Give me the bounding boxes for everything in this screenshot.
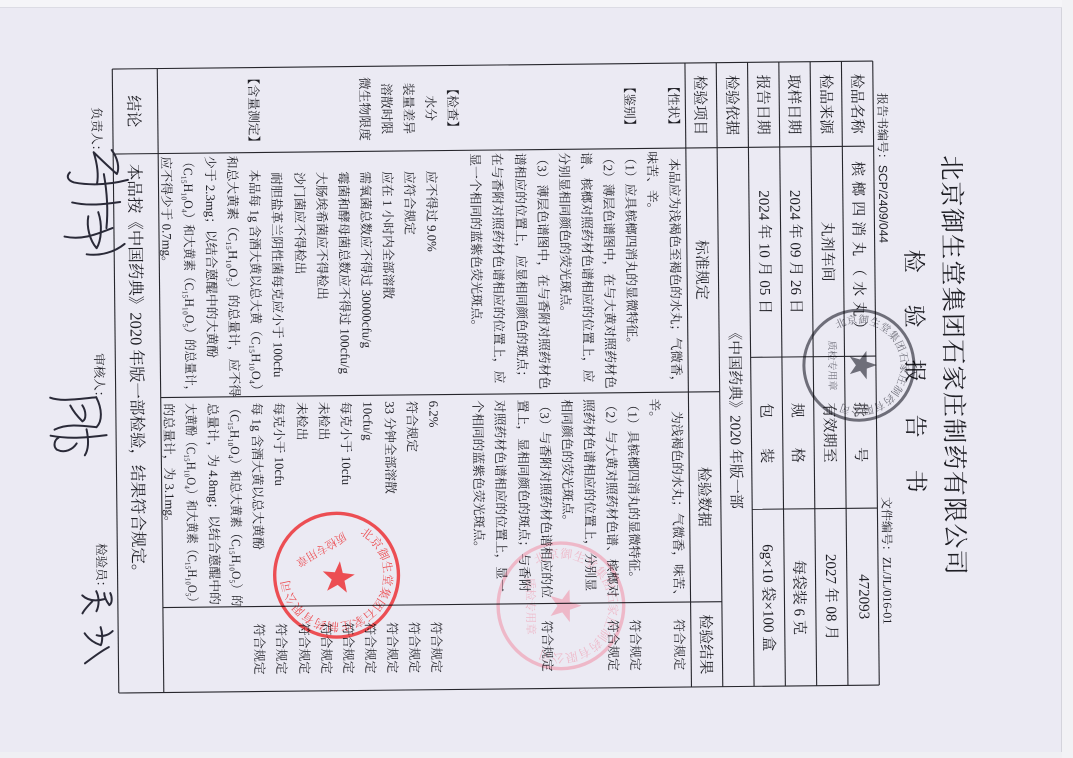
- responsible-signature: [59, 144, 135, 270]
- body-line: 大黄酚（C₁₅H₁₀O₄）和大黄素（C₁₅H₁₀O₅）: [179, 403, 203, 607]
- line-text: 未检出: [312, 402, 334, 441]
- result-line: 符合规定: [424, 605, 447, 690]
- line-text: 分别显相同颜色的荧光斑点。: [552, 152, 576, 319]
- line-text: 相同颜色的荧光斑点。: [555, 399, 578, 527]
- result-line: 符合规定: [248, 606, 271, 691]
- line-text: 显一个相同的蓝紫色荧光斑点。: [464, 153, 488, 332]
- body-line: 微生物限度: [352, 66, 375, 151]
- line-text: 霉菌和酵母菌总数应不得过 100cfu/g: [331, 172, 355, 374]
- body-line: 耐胆盐革兰阴性菌每克应小于 100cfu: [265, 155, 290, 396]
- body-line: 【鉴别】: [618, 64, 641, 149]
- body-line: 总量计，为 4.8mg；以结合蒽醌中的: [201, 403, 225, 607]
- body-line: （C₁₅H₁₀O₄）和大黄素（C₁₅H₁₀O₅）的总量计，: [177, 156, 202, 397]
- line-text: 装量差异: [397, 83, 420, 134]
- body-line: 少于 2.3mg；以结合蒽醌中的大黄酚: [199, 156, 224, 397]
- inspector-signature: [80, 587, 119, 667]
- result-line: 符合规定: [402, 605, 425, 690]
- body-line: 应符合规定: [398, 154, 423, 395]
- body-line: 和总大黄素（C₁₅H₁₀O₅）的总量计，应不得: [221, 156, 246, 397]
- line-text: 需氧菌总数应不得过 30000cfu/g: [354, 171, 378, 348]
- body-line: 应不得过 9.0%: [420, 154, 445, 395]
- body-line: （2）薄层色谱图中，在与大黄对照药材色: [596, 152, 621, 393]
- body-line: 谱相应的位置上，应显相同颜色的斑点；: [508, 153, 533, 394]
- line-text: （C₁₅H₁₀O₄）和总大黄素（C₁₅H₁₀O₅）的: [223, 403, 247, 607]
- body-line: 装量差异: [397, 66, 420, 151]
- line-text: 耐胆盐革兰阴性菌每克应小于 100cfu: [265, 172, 289, 377]
- conclusion-label: 结论: [112, 69, 158, 154]
- report-page: 北京御生堂集团石家庄制药有限公司 检验报告书 报告书编号：SCP/2409/04…: [0, 0, 1062, 758]
- line-text: 每克小于 10cfu: [268, 402, 291, 486]
- source-label: 检品来源: [810, 61, 842, 146]
- body-line: 【含量测定】: [242, 67, 265, 152]
- body-line: 谱、槟榔对照药材色谱相应的位置上，应: [574, 152, 599, 393]
- body-line: 本品每 1g 含酒大黄以总大黄（C₁₅H₁₀O₄）: [243, 155, 268, 396]
- line-text: 6.2%: [422, 401, 444, 428]
- body-line: 应在 1 小时内全部溶散: [375, 154, 400, 395]
- line-text: （1）应具槟榔四消丸的显微特征。: [619, 152, 643, 351]
- body-line: （1）应具槟榔四消丸的显微特征。: [619, 152, 644, 393]
- body-line: 显一个相同的蓝紫色荧光斑点。: [464, 153, 489, 394]
- quality-inspection-seal-gray: 北京御生堂集团石家庄制药有限公司 质检专用章: [798, 305, 919, 426]
- seal-inner-text: 质检专用章: [524, 577, 539, 634]
- line-text: 每 1g 含酒大黄以总大黄酚: [245, 402, 269, 549]
- report-date-value: 2024 年 10 月 05 日: [748, 147, 781, 357]
- expiry-value: 2027 年 08 月: [815, 508, 848, 685]
- line-text: 【检查】: [441, 82, 464, 133]
- body-line: 溶散时限: [375, 66, 398, 151]
- line-text: （3）薄层色谱图中，在与香附对照药材色: [530, 152, 555, 389]
- report-content: 北京御生堂集团石家庄制药有限公司 检验报告书 报告书编号：SCP/2409/04…: [0, 0, 1065, 758]
- line-text: 符合规定: [400, 401, 423, 452]
- line-text: （2）薄层色谱图中，在与大黄对照药材色: [596, 152, 621, 389]
- line-text: 【含量测定】: [242, 72, 265, 149]
- test-items-column: 【性状】【鉴别】【检查】水分装量差异溶散时限微生物限度【含量测定】: [157, 63, 686, 154]
- line-text: 味苦、辛。: [641, 151, 664, 215]
- scan-edge-top: [0, 0, 1062, 8]
- body-line: （C₁₅H₁₀O₄）和总大黄素（C₁₅H₁₀O₅）的: [223, 403, 247, 607]
- line-text: 为浅褐色的水丸；气微香，味苦、: [665, 411, 689, 602]
- result-text: 符合规定: [248, 623, 271, 674]
- line-text: 水分: [419, 95, 441, 121]
- standard-column: 本品应为浅褐色至褐色的水丸；气微香，味苦、辛。（1）应具槟榔四消丸的显微特征。（…: [158, 148, 688, 398]
- scan-edge-bottom: [0, 752, 1062, 758]
- star-icon: [850, 351, 877, 380]
- sampling-date-label: 取样日期: [779, 62, 811, 147]
- line-text: 辛。: [643, 398, 665, 424]
- product-name-label: 检品名称: [841, 61, 873, 146]
- line-text: 应在 1 小时内全部溶散: [376, 171, 399, 299]
- result-text: 符合规定: [425, 621, 448, 672]
- packaging-label: 包 装: [751, 357, 784, 509]
- specification-value: 每袋装 6 克: [784, 509, 817, 686]
- line-text: 大黄酚（C₁₅H₁₀O₄）和大黄素（C₁₅H₁₀O₅）: [179, 403, 203, 608]
- line-text: 每克小于 10cfu: [334, 401, 357, 485]
- result-text: 符合规定: [380, 622, 403, 673]
- basis-label: 检验依据: [716, 62, 748, 147]
- body-line: （3）薄层色谱图中，在与香附对照药材色: [530, 152, 555, 393]
- result-text: 符合规定: [402, 622, 425, 673]
- line-text: （C₁₅H₁₀O₄）和大黄素（C₁₅H₁₀O₅）的总量计，: [177, 156, 202, 397]
- column-header-result: 检验结果: [691, 602, 723, 687]
- line-text: 沙门菌应不得检出: [287, 172, 310, 275]
- body-line: 分别显相同颜色的荧光斑点。: [552, 152, 577, 393]
- star-icon: [551, 589, 582, 622]
- line-text: 33 分钟全部溶散: [378, 401, 401, 494]
- result-text: 符合规定: [270, 623, 293, 674]
- line-text: 应符合规定: [398, 171, 421, 235]
- star-icon: [318, 558, 361, 601]
- inspector-label: 检验员：: [93, 543, 110, 593]
- packaging-value: 6g×10 袋×100 盒: [752, 509, 785, 686]
- line-text: 【性状】: [662, 80, 685, 131]
- line-text: 10cfu/g: [356, 401, 379, 440]
- report-date-label: 报告日期: [748, 62, 780, 147]
- body-line: 【性状】: [662, 63, 685, 148]
- line-text: 谱相应的位置上，应显相同颜色的斑点；: [508, 153, 533, 384]
- body-line: 需氧菌总数应不得过 30000cfu/g: [353, 154, 378, 395]
- line-text: 未检出: [290, 402, 312, 441]
- batch-number-value: 472093: [846, 508, 879, 685]
- body-line: 霉菌和酵母菌总数应不得过 100cfu/g: [331, 155, 356, 396]
- body-line: 大肠埃希菌应不得检出: [309, 155, 334, 396]
- body-line: 味苦、辛。: [641, 151, 666, 392]
- line-text: 溶散时限: [375, 83, 398, 134]
- body-line: 本品应为浅褐色至褐色的水丸；气微香，: [663, 151, 688, 392]
- result-text: 符合规定: [668, 619, 691, 670]
- seal-inner-text: 质检专用章: [826, 340, 840, 390]
- column-header-standard: 标准规定: [686, 148, 720, 392]
- body-line: 在与香附对照药材色谱相应的位置上，应: [486, 153, 511, 394]
- reviewer-signature: [46, 389, 117, 460]
- seal-inner-text: 质检专用章: [294, 529, 350, 570]
- quality-inspection-seal-faded: 北京御生堂集团石家庄制药有限公司 质检专用章: [492, 536, 630, 674]
- column-header-data: 检验数据: [688, 392, 721, 602]
- body-line: 为浅褐色的水丸；气微香，味苦、: [665, 398, 689, 602]
- line-text: 本品每 1g 含酒大黄以总大黄（C₁₅H₁₀O₄）: [243, 169, 267, 396]
- body-line: 6.2%: [422, 401, 446, 605]
- body-line: 辛。: [643, 398, 667, 602]
- body-line: 水分: [419, 66, 442, 151]
- line-text: 本品应为浅褐色至褐色的水丸；气微香，: [663, 158, 688, 389]
- line-text: 【鉴别】: [618, 80, 641, 131]
- result-line: 符合规定: [667, 602, 690, 687]
- basis-value: 《中国药典》2020 年版一部: [717, 147, 754, 686]
- line-text: 总量计，为 4.8mg；以结合蒽醌中的: [201, 403, 225, 605]
- body-line: 个相同的蓝紫色荧光斑点。: [466, 400, 490, 604]
- line-text: 应不得过 9.0%: [420, 171, 443, 252]
- line-text: 少于 2.3mg；以结合蒽醌中的大黄酚: [199, 156, 223, 358]
- line-text: 谱、槟榔对照药材色谱相应的位置上，应: [574, 152, 599, 383]
- body-line: 沙门菌应不得检出: [287, 155, 312, 396]
- line-text: 和总大黄素（C₁₅H₁₀O₅）的总量计，应不得: [221, 156, 246, 397]
- line-text: 在与香附对照药材色谱相应的位置上，应: [486, 153, 511, 384]
- body-line: 【检查】: [441, 65, 464, 150]
- line-text: 个相同的蓝紫色荧光斑点。: [466, 400, 490, 554]
- line-text: 大肠埃希菌应不得检出: [309, 172, 332, 300]
- column-header-item: 检验项目: [685, 63, 717, 148]
- line-text: 微生物限度: [353, 77, 376, 141]
